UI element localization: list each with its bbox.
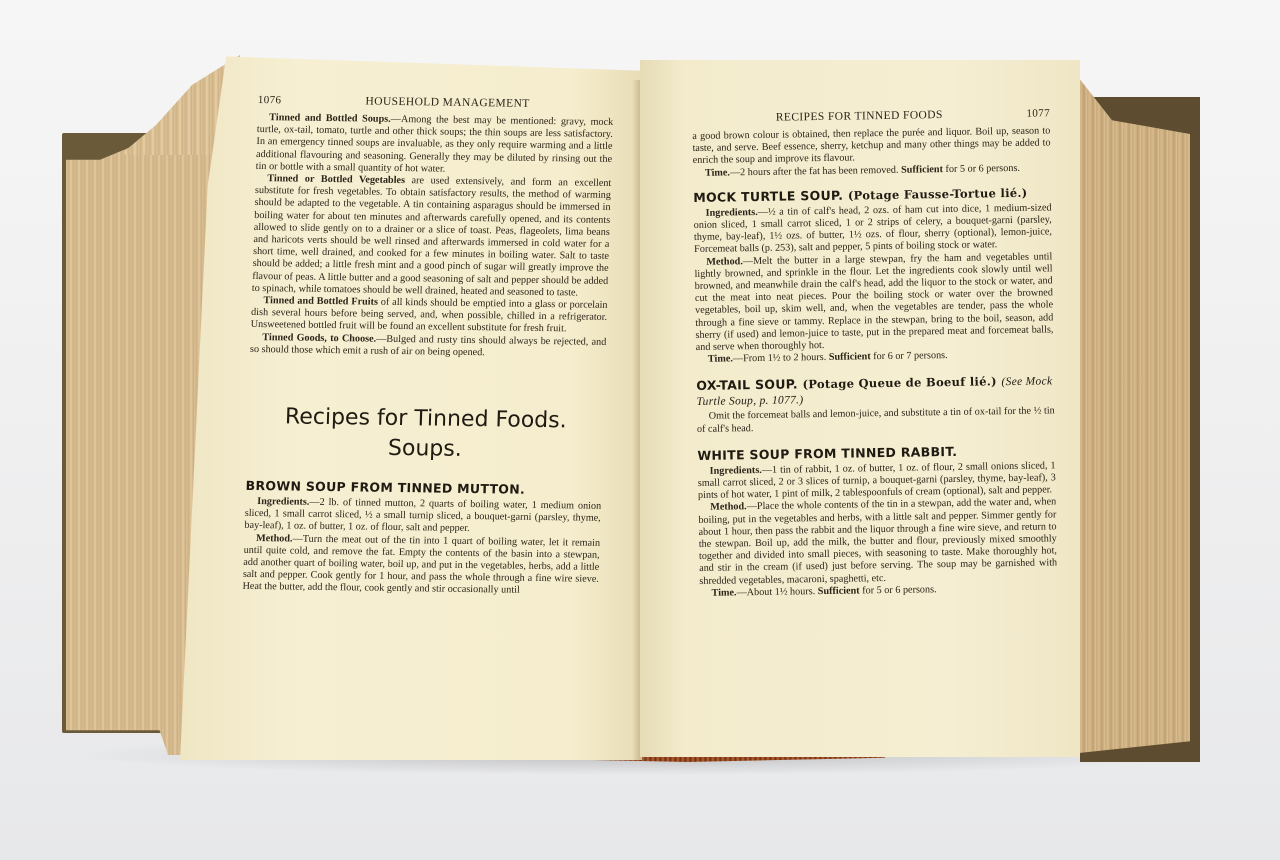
ingredients: Ingredients.—2 lb. of tinned mutton, 2 q…	[244, 496, 601, 538]
recipe-title: BROWN SOUP FROM TINNED MUTTON.	[245, 478, 601, 498]
left-page: 1076 HOUSEHOLD MANAGEMENT Tinned and Bot…	[180, 42, 642, 760]
continuation-text: a good brown colour is obtained, then re…	[692, 125, 1051, 167]
page-number: 1076	[258, 94, 282, 106]
method: Method.—Turn the meat out of the tin int…	[242, 533, 600, 599]
left-running-head: 1076 HOUSEHOLD MANAGEMENT	[258, 94, 614, 111]
right-running-head: RECIPES FOR TINNED FOODS 1077	[692, 107, 1050, 125]
section-title: Recipes for Tinned Foods. Soups.	[246, 402, 604, 467]
method: Method.—Place the whole contents of the …	[698, 497, 1057, 588]
recipe-body: Omit the forcemeat balls and lemon-juice…	[697, 406, 1055, 436]
paragraph: Tinned and Bottled Fruits of all kinds s…	[251, 295, 608, 337]
method: Method.—Melt the butter in a large stewp…	[694, 251, 1053, 354]
ingredients: Ingredients.—1 tin of rabbit, 1 oz. of b…	[698, 460, 1057, 502]
recipe-title: OX-TAIL SOUP. (Potage Queue de Boeuf lié…	[696, 373, 1054, 409]
page-number: 1077	[1026, 107, 1050, 119]
paragraph: Tinned and Bottled Soups.—Among the best…	[256, 112, 614, 178]
recipe-title: WHITE SOUP FROM TINNED RABBIT.	[697, 442, 1055, 463]
paragraph: Tinned or Bottled Vegetables are used ex…	[252, 173, 612, 300]
running-head-title: RECIPES FOR TINNED FOODS	[692, 108, 1027, 125]
right-page: RECIPES FOR TINNED FOODS 1077 a good bro…	[640, 60, 1080, 757]
paragraph: Tinned Goods, to Choose.—Bulged and rust…	[250, 332, 607, 361]
running-head-title: HOUSEHOLD MANAGEMENT	[281, 94, 614, 111]
recipe-title: MOCK TURTLE SOUP. (Potage Fausse-Tortue …	[693, 184, 1051, 205]
ingredients: Ingredients.—½ a tin of calf's head, 2 o…	[693, 202, 1052, 256]
